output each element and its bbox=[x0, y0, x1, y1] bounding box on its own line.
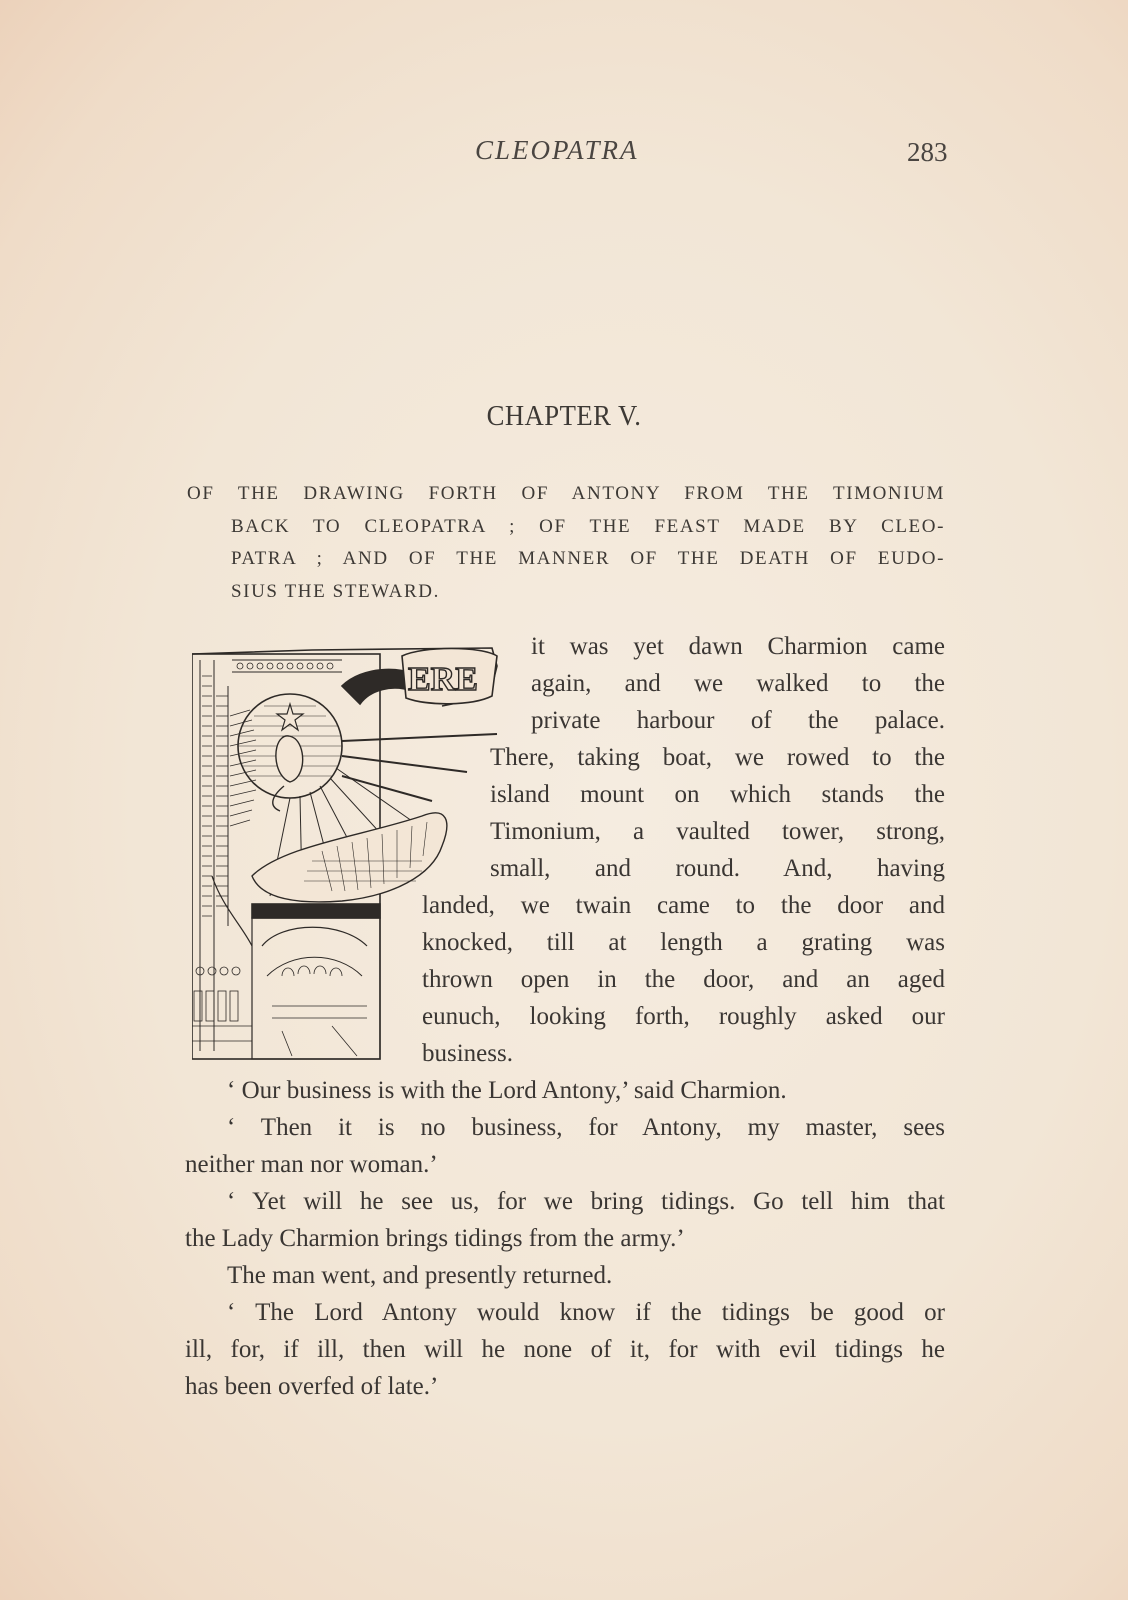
summary-line: PATRA ; AND OF THE MANNER OF THE DEATH O… bbox=[187, 543, 945, 576]
chapter-summary: OF THE DRAWING FORTH OF ANTONY FROM THE … bbox=[187, 478, 945, 608]
text-line: eunuch, looking forth, roughly asked our bbox=[422, 1003, 945, 1031]
text-line: ‘ Our business is with the Lord Antony,’… bbox=[227, 1077, 945, 1105]
text-line: Timonium, a vaulted tower, strong, bbox=[490, 818, 945, 846]
text-line: small, and round. And, having bbox=[490, 855, 945, 883]
text-line: ‘ Yet will he see us, for we bring tidin… bbox=[227, 1188, 945, 1216]
text-line: has been overfed of late.’ bbox=[185, 1373, 945, 1401]
text-line: ill, for, if ill, then will he none of i… bbox=[185, 1336, 945, 1364]
text-line: the Lady Charmion brings tidings from th… bbox=[185, 1225, 945, 1253]
text-line: island mount on which stands the bbox=[490, 781, 945, 809]
book-page: CLEOPATRA 283 CHAPTER V. OF THE DRAWING … bbox=[0, 0, 1128, 1600]
text-line: business. bbox=[422, 1040, 945, 1068]
text-line: There, taking boat, we rowed to the bbox=[490, 744, 945, 772]
summary-line: OF THE DRAWING FORTH OF ANTONY FROM THE … bbox=[187, 478, 945, 511]
text-line: landed, we twain came to the door and bbox=[422, 892, 945, 920]
text-line: The man went, and presently returned. bbox=[227, 1262, 945, 1290]
text-line: knocked, till at length a grating was bbox=[422, 929, 945, 957]
text-line: ‘ The Lord Antony would know if the tidi… bbox=[227, 1299, 945, 1327]
text-line: private harbour of the palace. bbox=[531, 707, 945, 735]
summary-line: BACK TO CLEOPATRA ; OF THE FEAST MADE BY… bbox=[187, 511, 945, 544]
text-line: thrown open in the door, and an aged bbox=[422, 966, 945, 994]
page-number: 283 bbox=[907, 137, 948, 168]
chapter-title: CHAPTER V. bbox=[45, 400, 1083, 433]
initial-letters: ERE bbox=[408, 661, 478, 698]
text-line: neither man nor woman.’ bbox=[185, 1151, 945, 1179]
text-line: it was yet dawn Charmion came bbox=[531, 633, 945, 661]
text-line: again, and we walked to the bbox=[531, 670, 945, 698]
summary-line: SIUS THE STEWARD. bbox=[187, 576, 945, 609]
running-title: CLEOPATRA bbox=[475, 135, 639, 166]
text-line: ‘ Then it is no business, for Antony, my… bbox=[227, 1114, 945, 1142]
